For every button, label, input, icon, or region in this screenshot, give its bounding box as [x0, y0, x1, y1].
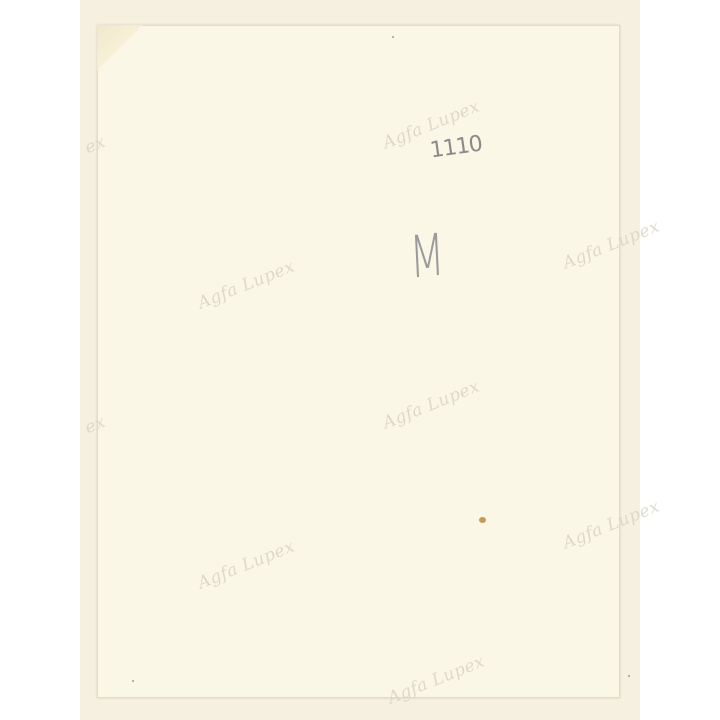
- photo-back: [97, 25, 620, 698]
- stain-spot: [479, 517, 486, 523]
- speck: [392, 36, 394, 38]
- speck: [132, 680, 134, 682]
- speck: [628, 675, 630, 677]
- corner-crease: [97, 25, 147, 75]
- handwritten-letter: M: [408, 220, 446, 291]
